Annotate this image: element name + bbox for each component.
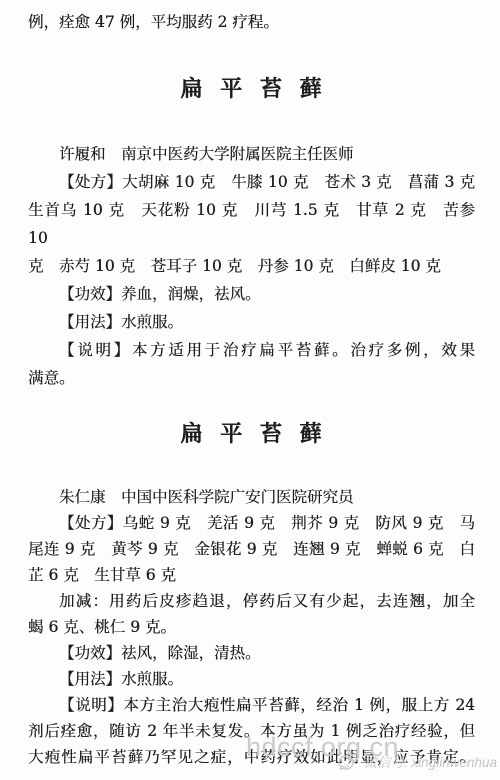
section-2-note-line: 【说明】本方主治大疱性扁平苔藓，经治 1 例，服上方 24 [28,692,475,718]
section-2-modification-line: 加减：用药后皮疹趋退，停药后又有少起，去连翘，加全 [28,588,475,614]
section-1-efficacy-line: 【功效】养血，润燥，祛风。 [28,280,475,308]
section-2-prescription-line: 【处方】乌蛇 9 克 羌活 9 克 荆芥 9 克 防风 9 克 马 [28,510,475,536]
section-2-prescription-line: 芷 6 克 生甘草 6 克 [28,562,475,588]
section-2-title: 扁 平 苔 藓 [28,420,475,448]
section-1-note-line: 【说明】本方适用于治疗扁平苔藓。治疗多例，效果 [28,336,475,364]
section-1-author-line: 许履和 南京中医药大学附属医院主任医师 [28,140,475,168]
section-2-modification-line: 蝎 6 克、桃仁 9 克。 [28,614,475,640]
section-1-prescription-line: 生首乌 10 克 天花粉 10 克 川芎 1.5 克 甘草 2 克 苦参 10 [28,196,475,252]
wechat-label: 微信号: xinglinwenhua [363,751,497,771]
book-page: 例，痊愈 47 例，平均服药 2 疗程。 扁 平 苔 藓 许履和 南京中医药大学… [0,0,500,780]
section-2-author-line: 朱仁康 中国中医科学院广安门医院研究员 [28,484,475,510]
section-1-title: 扁 平 苔 藓 [28,75,475,103]
section-2-prescription-line: 尾连 9 克 黄芩 9 克 金银花 9 克 连翘 9 克 蝉蜕 6 克 白 [28,536,475,562]
section-1-prescription-line: 克 赤芍 10 克 苍耳子 10 克 丹参 10 克 白鲜皮 10 克 [28,252,475,280]
section-1-usage-line: 【用法】水煎服。 [28,308,475,336]
section-1-note-line: 满意。 [28,364,475,392]
section-1-prescription-line: 【处方】大胡麻 10 克 牛膝 10 克 苍术 3 克 菖蒲 3 克 [28,168,475,196]
wechat-logo-icon [334,752,358,771]
intro-continuation-line: 例，痊愈 47 例，平均服药 2 疗程。 [28,11,475,34]
prescription-section-2: 扁 平 苔 藓 朱仁康 中国中医科学院广安门医院研究员 【处方】乌蛇 9 克 羌… [28,420,475,770]
section-2-efficacy-line: 【功效】祛风，除湿，清热。 [28,640,475,666]
section-2-usage-line: 【用法】水煎服。 [28,666,475,692]
wechat-watermark: 微信号: xinglinwenhua [334,751,497,771]
prescription-section-1: 扁 平 苔 藓 许履和 南京中医药大学附属医院主任医师 【处方】大胡麻 10 克… [28,75,475,392]
